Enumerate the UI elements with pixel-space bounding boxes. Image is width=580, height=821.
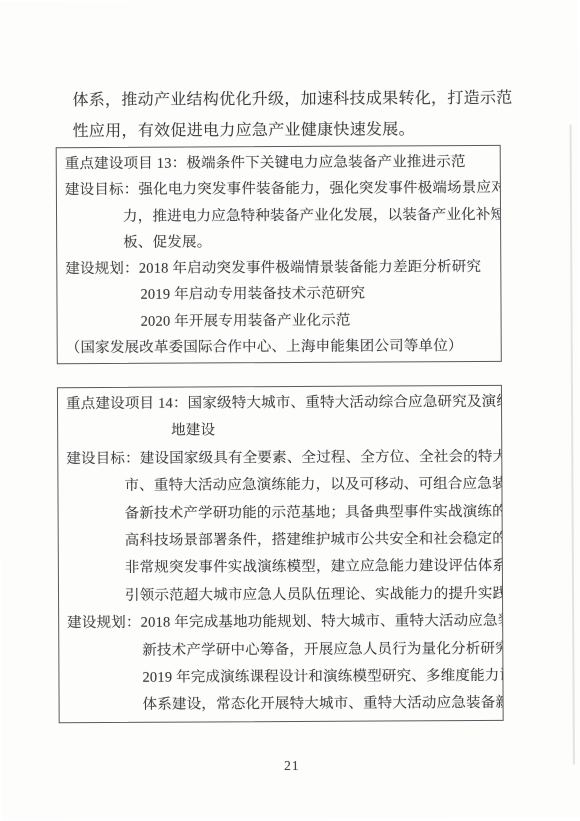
project14-goal-line: 建设目标：建设国家级具有全要素、全过程、全方位、全社会的特大城 <box>66 444 501 474</box>
intro-line: 性应用，有效促进电力应急产业健康快速发展。 <box>73 114 513 147</box>
project13-plan-line: 2020 年开展专用装备产业化示范 <box>141 307 501 335</box>
intro-line: 体系，推动产业结构优化升级，加速科技成果转化，打造示范 <box>72 83 512 116</box>
project13-plan-line: 2019 年启动专用装备技术示范研究 <box>140 280 500 308</box>
project14-plan-line: 新技术产学研中心筹备，开展应急人员行为量化分析研究 <box>142 636 502 665</box>
scanned-page: 体系，推动产业结构优化升级，加速科技成果转化，打造示范 性应用，有效促进电力应急… <box>0 0 580 819</box>
project14-title-line: 地建设 <box>171 416 501 445</box>
project-box-14: 重点建设项目 14：国家级特大城市、重特大活动综合应急研究及演练基 地建设 建设… <box>57 385 504 723</box>
intro-paragraph: 体系，推动产业结构优化升级，加速科技成果转化，打造示范 性应用，有效促进电力应急… <box>72 83 512 147</box>
project14-goal-line: 备新技术产学研功能的示范基地；具备典型事件实战演练的 <box>125 499 502 528</box>
project14-plan-line: 建设规划：2018 年完成基地功能规划、特大城市、重特大活动应急装备 <box>67 608 502 638</box>
project13-goal-line: 力，推进电力应急特种装备产业化发展，以装备产业化补短 <box>123 201 500 229</box>
project13-plan-line: 建设规划：2018 年启动突发事件极端情景装备能力差距分析研究 <box>65 254 500 283</box>
project13-units-line: （国家发展改革委国际合作中心、上海申能集团公司等单位） <box>66 333 501 362</box>
project14-plan-line: 2019 年完成演练课程设计和演练模型研究、多维度能力评价 <box>142 663 502 692</box>
scan-edge-shadow <box>570 125 575 765</box>
project13-goal-line: 板、促发展。 <box>123 228 500 256</box>
project13-title: 重点建设项目 13：极端条件下关键电力应急装备产业推进示范 <box>65 149 500 178</box>
project-box-13: 重点建设项目 13：极端条件下关键电力应急装备产业推进示范 建设目标：强化电力突… <box>56 145 502 364</box>
project14-goal-line: 高科技场景部署条件，搭建维护城市公共安全和社会稳定的 <box>125 526 502 555</box>
project14-goal-line: 市、重特大活动应急演练能力，以及可移动、可组合应急装 <box>124 471 501 500</box>
page-number: 21 <box>62 757 522 775</box>
project14-title: 重点建设项目 14：国家级特大城市、重特大活动综合应急研究及演练基 <box>66 389 501 419</box>
project14-goal-line: 引领示范超大城市应急人员队伍理论、实战能力的提升实践。 <box>125 581 502 610</box>
project14-goal-line: 非常规突发事件实战演练模型，建立应急能力建设评估体系。 <box>125 553 502 582</box>
project14-plan-line: 体系建设，常态化开展特大城市、重特大活动应急装备新技 <box>143 690 503 719</box>
project13-goal-line: 建设目标：强化电力突发事件装备能力，强化突发事件极端场景应对能 <box>65 175 500 204</box>
